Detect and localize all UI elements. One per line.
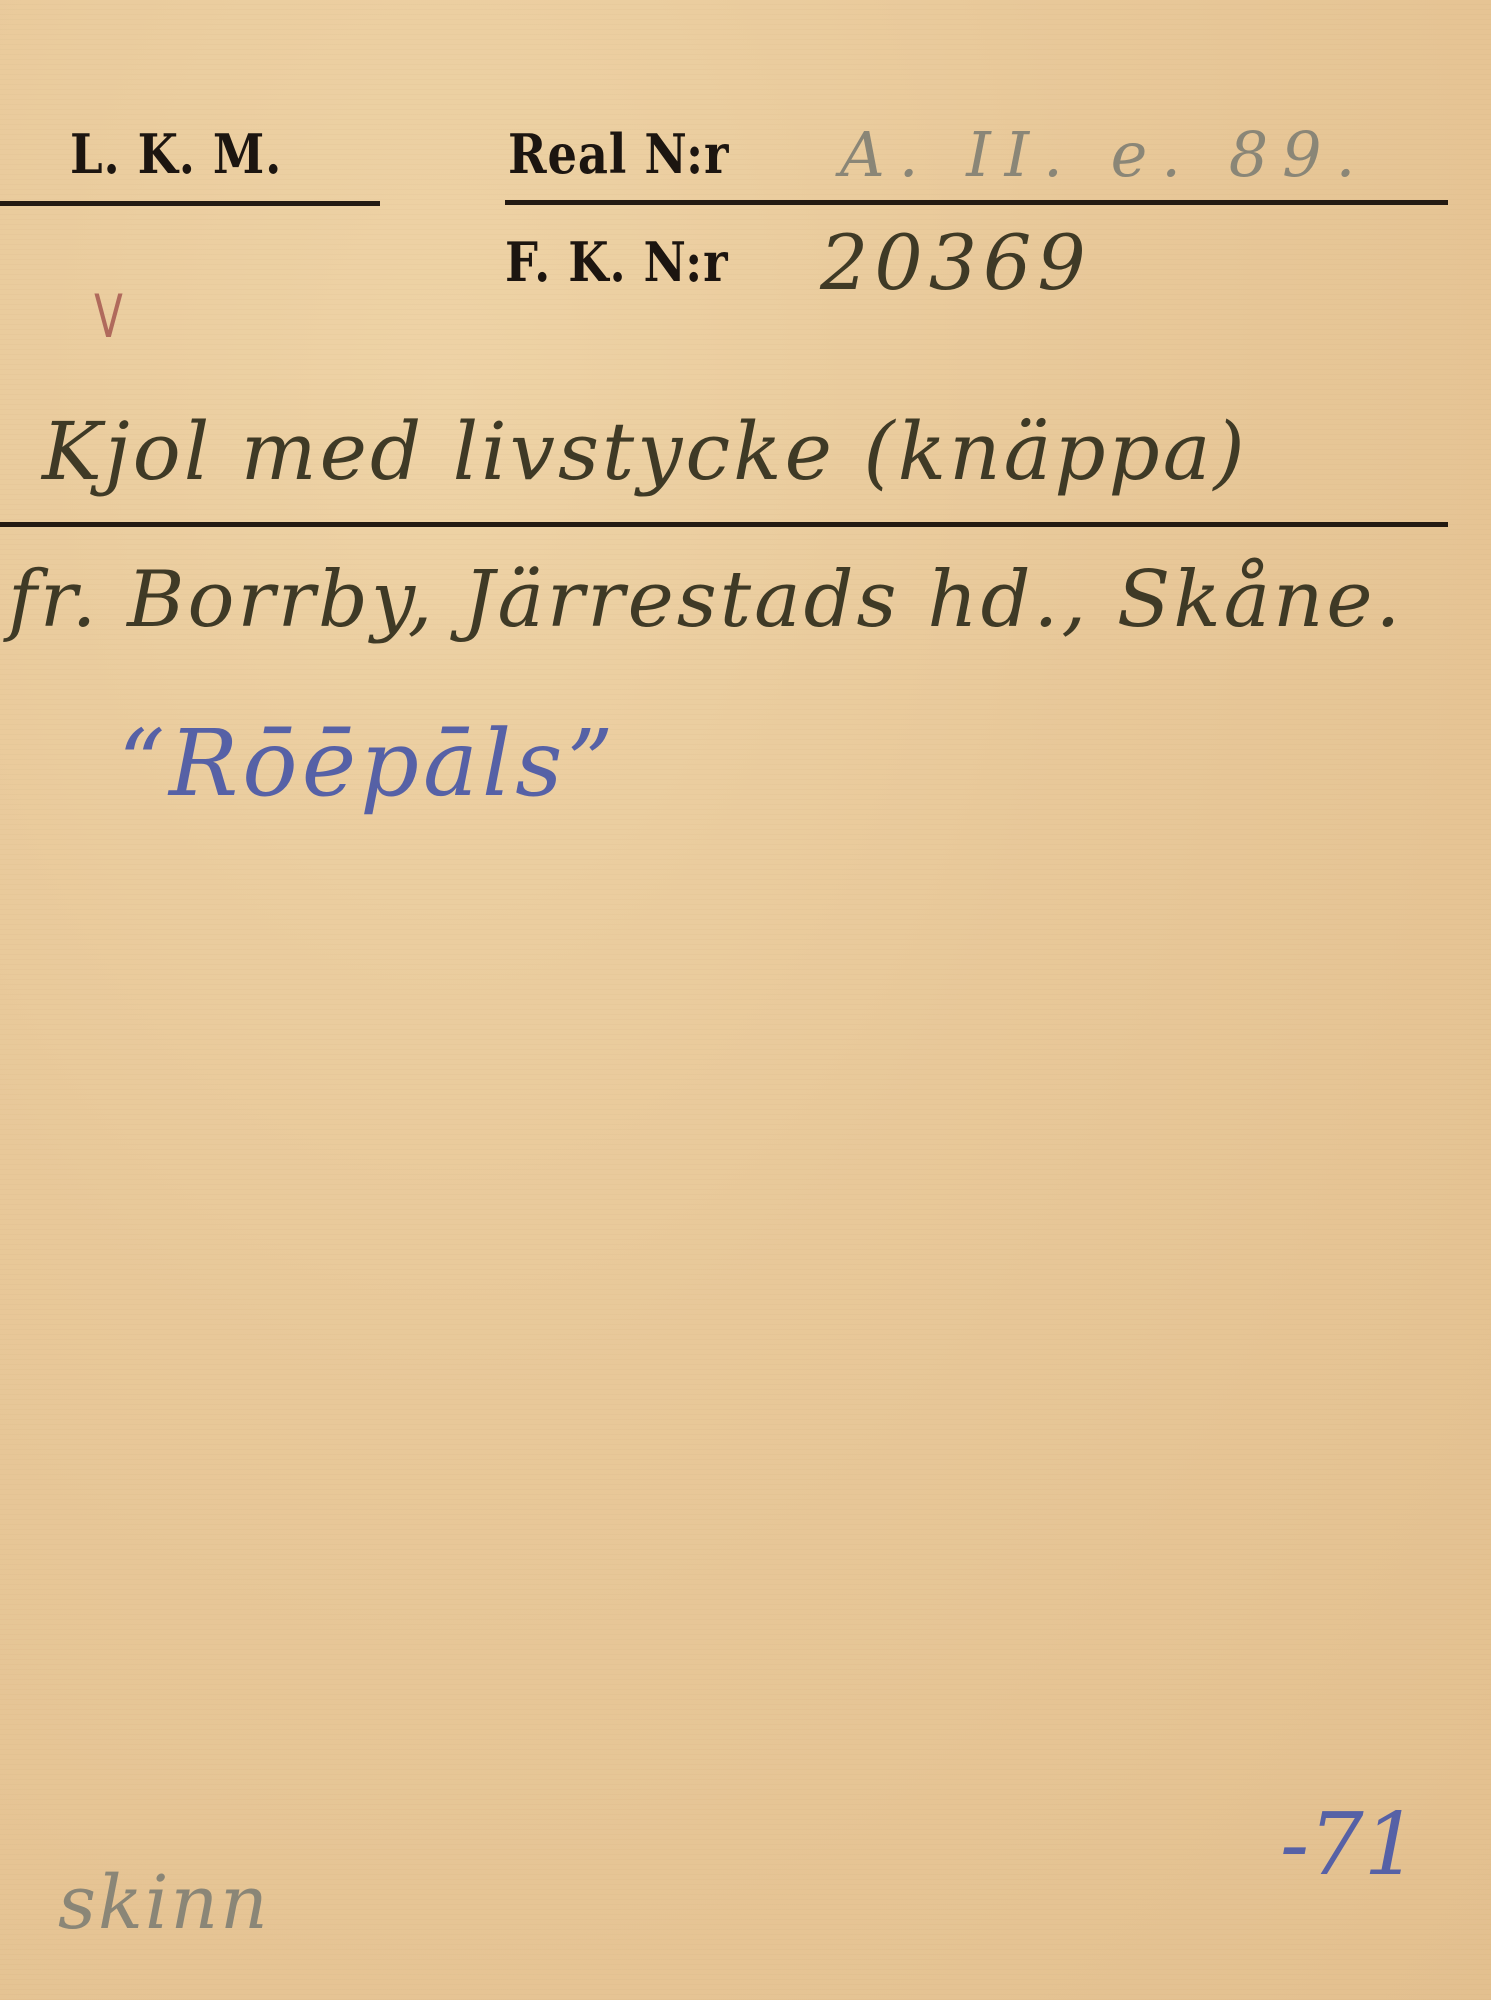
- fk-nr-value: 20369: [820, 218, 1092, 307]
- check-mark-icon: V: [94, 282, 123, 352]
- pencil-note: skinn: [58, 1860, 270, 1946]
- institution-label: L. K. M.: [70, 122, 282, 186]
- fk-nr-label: F. K. N:r: [505, 230, 728, 294]
- provenance: fr. Borrby, Järrestads hd., Skåne.: [8, 555, 1403, 645]
- title-rule: [0, 522, 1448, 527]
- real-nr-value: A. II. e. 89.: [840, 118, 1369, 191]
- catalog-card: L. K. M. Real N:r A. II. e. 89. F. K. N:…: [0, 0, 1491, 2000]
- corner-mark: -71: [1280, 1795, 1419, 1895]
- dialect-name: “Rōēpāls”: [118, 710, 618, 817]
- object-title: Kjol med livstycke (knäppa): [42, 405, 1248, 498]
- header-rule-right: [505, 200, 1448, 205]
- header-rule-left: [0, 201, 380, 206]
- real-nr-label: Real N:r: [508, 122, 729, 186]
